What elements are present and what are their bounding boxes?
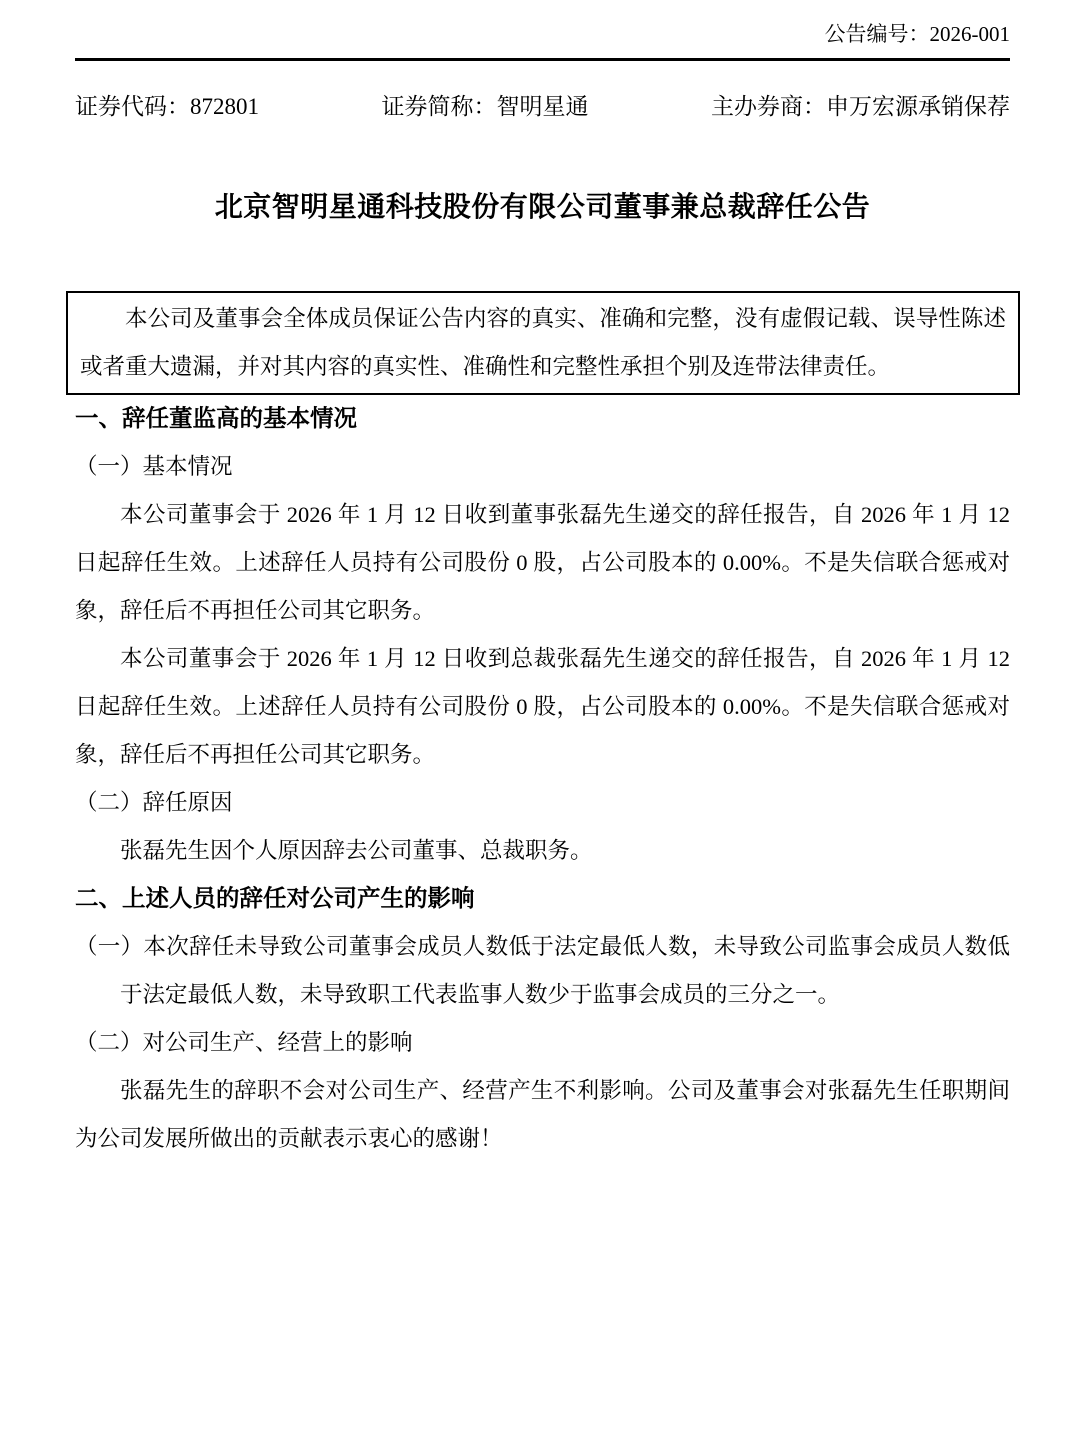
announcement-number: 公告编号：2026-001 bbox=[75, 20, 1010, 48]
header-rule bbox=[75, 58, 1010, 61]
stock-code: 证券代码：872801 bbox=[75, 93, 259, 121]
stock-short-name: 证券简称：智明星通 bbox=[382, 93, 589, 121]
disclaimer-text: 本公司及董事会全体成员保证公告内容的真实、准确和完整，没有虚假记载、误导性陈述或… bbox=[80, 295, 1006, 391]
announcement-page: 公告编号：2026-001 证券代码：872801 证券简称：智明星通 主办券商… bbox=[0, 0, 1080, 1454]
section-2-2-paragraph: 张磊先生的辞职不会对公司生产、经营产生不利影响。公司及董事会对张磊先生任职期间为… bbox=[75, 1067, 1010, 1163]
section-1-2-paragraph: 张磊先生因个人原因辞去公司董事、总裁职务。 bbox=[75, 827, 1010, 875]
section-1-heading: 一、辞任董监高的基本情况 bbox=[75, 395, 1010, 443]
disclaimer-box: 本公司及董事会全体成员保证公告内容的真实、准确和完整，没有虚假记载、误导性陈述或… bbox=[66, 291, 1020, 395]
section-2-2-heading: （二）对公司生产、经营上的影响 bbox=[75, 1019, 1010, 1067]
section-1-1-paragraph-1: 本公司董事会于 2026 年 1 月 12 日收到董事张磊先生递交的辞任报告，自… bbox=[75, 491, 1010, 635]
securities-info-row: 证券代码：872801 证券简称：智明星通 主办券商：申万宏源承销保荐 bbox=[75, 93, 1010, 121]
sponsor-broker: 主办券商：申万宏源承销保荐 bbox=[711, 93, 1010, 121]
section-2-heading: 二、上述人员的辞任对公司产生的影响 bbox=[75, 875, 1010, 923]
section-2-1-paragraph: （一）本次辞任未导致公司董事会成员人数低于法定最低人数，未导致公司监事会成员人数… bbox=[75, 923, 1010, 1019]
section-1-1-heading: （一）基本情况 bbox=[75, 443, 1010, 491]
page-title: 北京智明星通科技股份有限公司董事兼总裁辞任公告 bbox=[75, 187, 1010, 229]
section-1-1-paragraph-2: 本公司董事会于 2026 年 1 月 12 日收到总裁张磊先生递交的辞任报告，自… bbox=[75, 635, 1010, 779]
section-1-2-heading: （二）辞任原因 bbox=[75, 779, 1010, 827]
